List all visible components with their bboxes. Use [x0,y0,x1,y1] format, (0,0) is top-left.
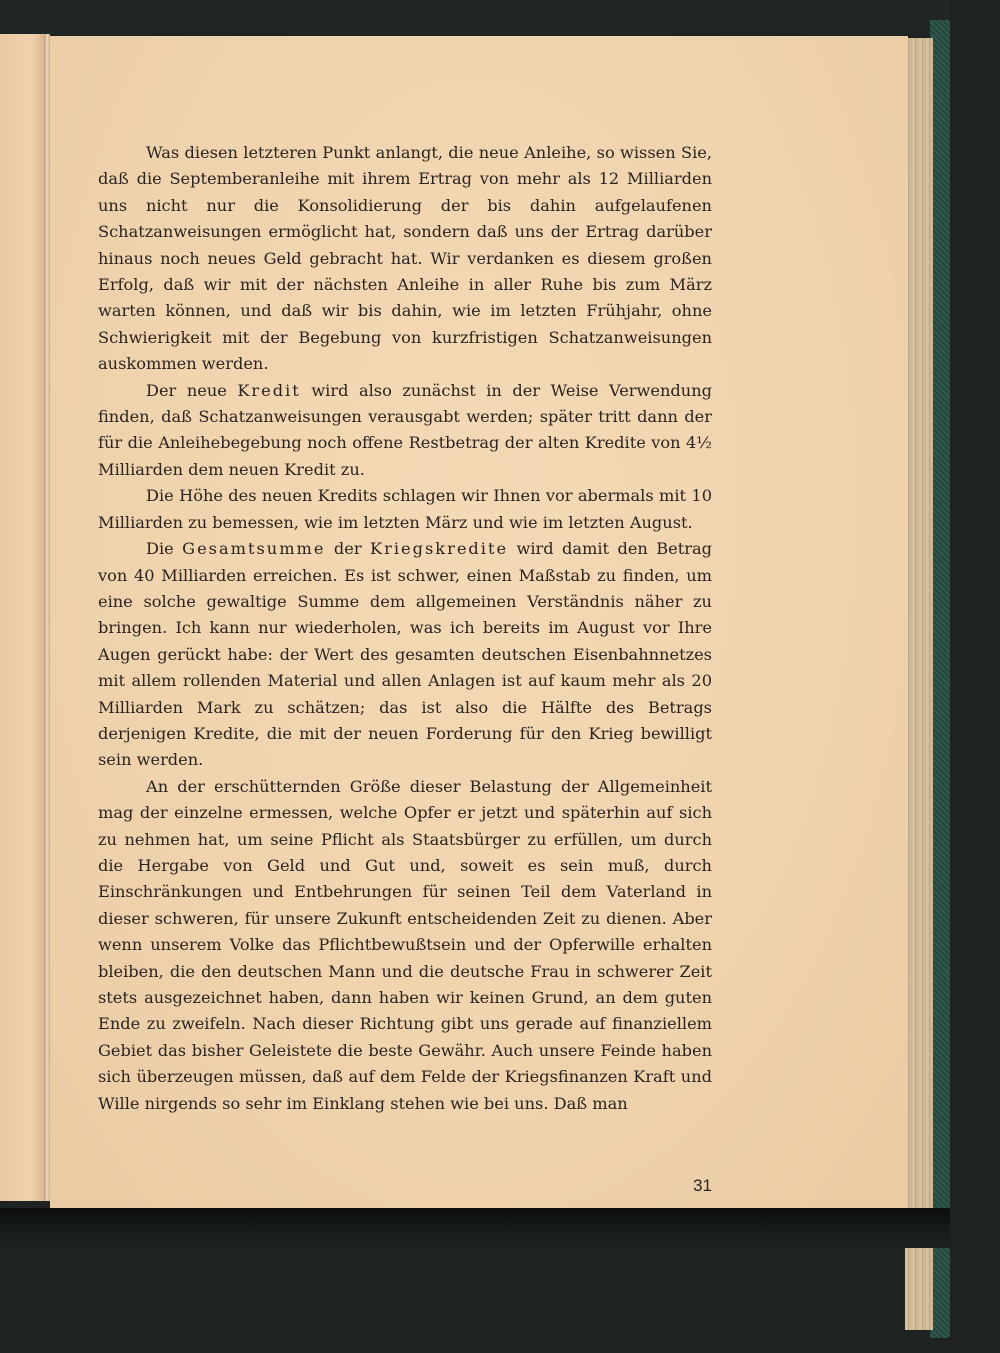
paragraph-1: Was diesen letzteren Punkt anlangt, die … [98,140,712,378]
paragraph-2: Der neue Kredit wird also zunächst in de… [98,378,712,484]
page-stack-edges [905,38,933,1330]
emphasis-kriegskredite: Kriegskredite [370,539,508,558]
page-number: 31 [680,1176,712,1196]
book-cover-right [930,20,950,1338]
emphasis-gesamtsumme: Gesamtsumme [182,539,325,558]
paragraph-4: Die Gesamtsumme der Kriegskredite wird d… [98,536,712,774]
book-shadow [0,1208,950,1248]
body-text: Was diesen letzteren Punkt anlangt, die … [98,140,712,1117]
left-page-edge [0,34,44,1201]
book-cover-top [0,0,950,34]
paragraph-3: Die Höhe des neuen Kredits schlagen wir … [98,483,712,536]
paragraph-5: An der erschütternden Größe dieser Belas… [98,774,712,1117]
emphasis-kredit: Kredit [237,381,300,400]
